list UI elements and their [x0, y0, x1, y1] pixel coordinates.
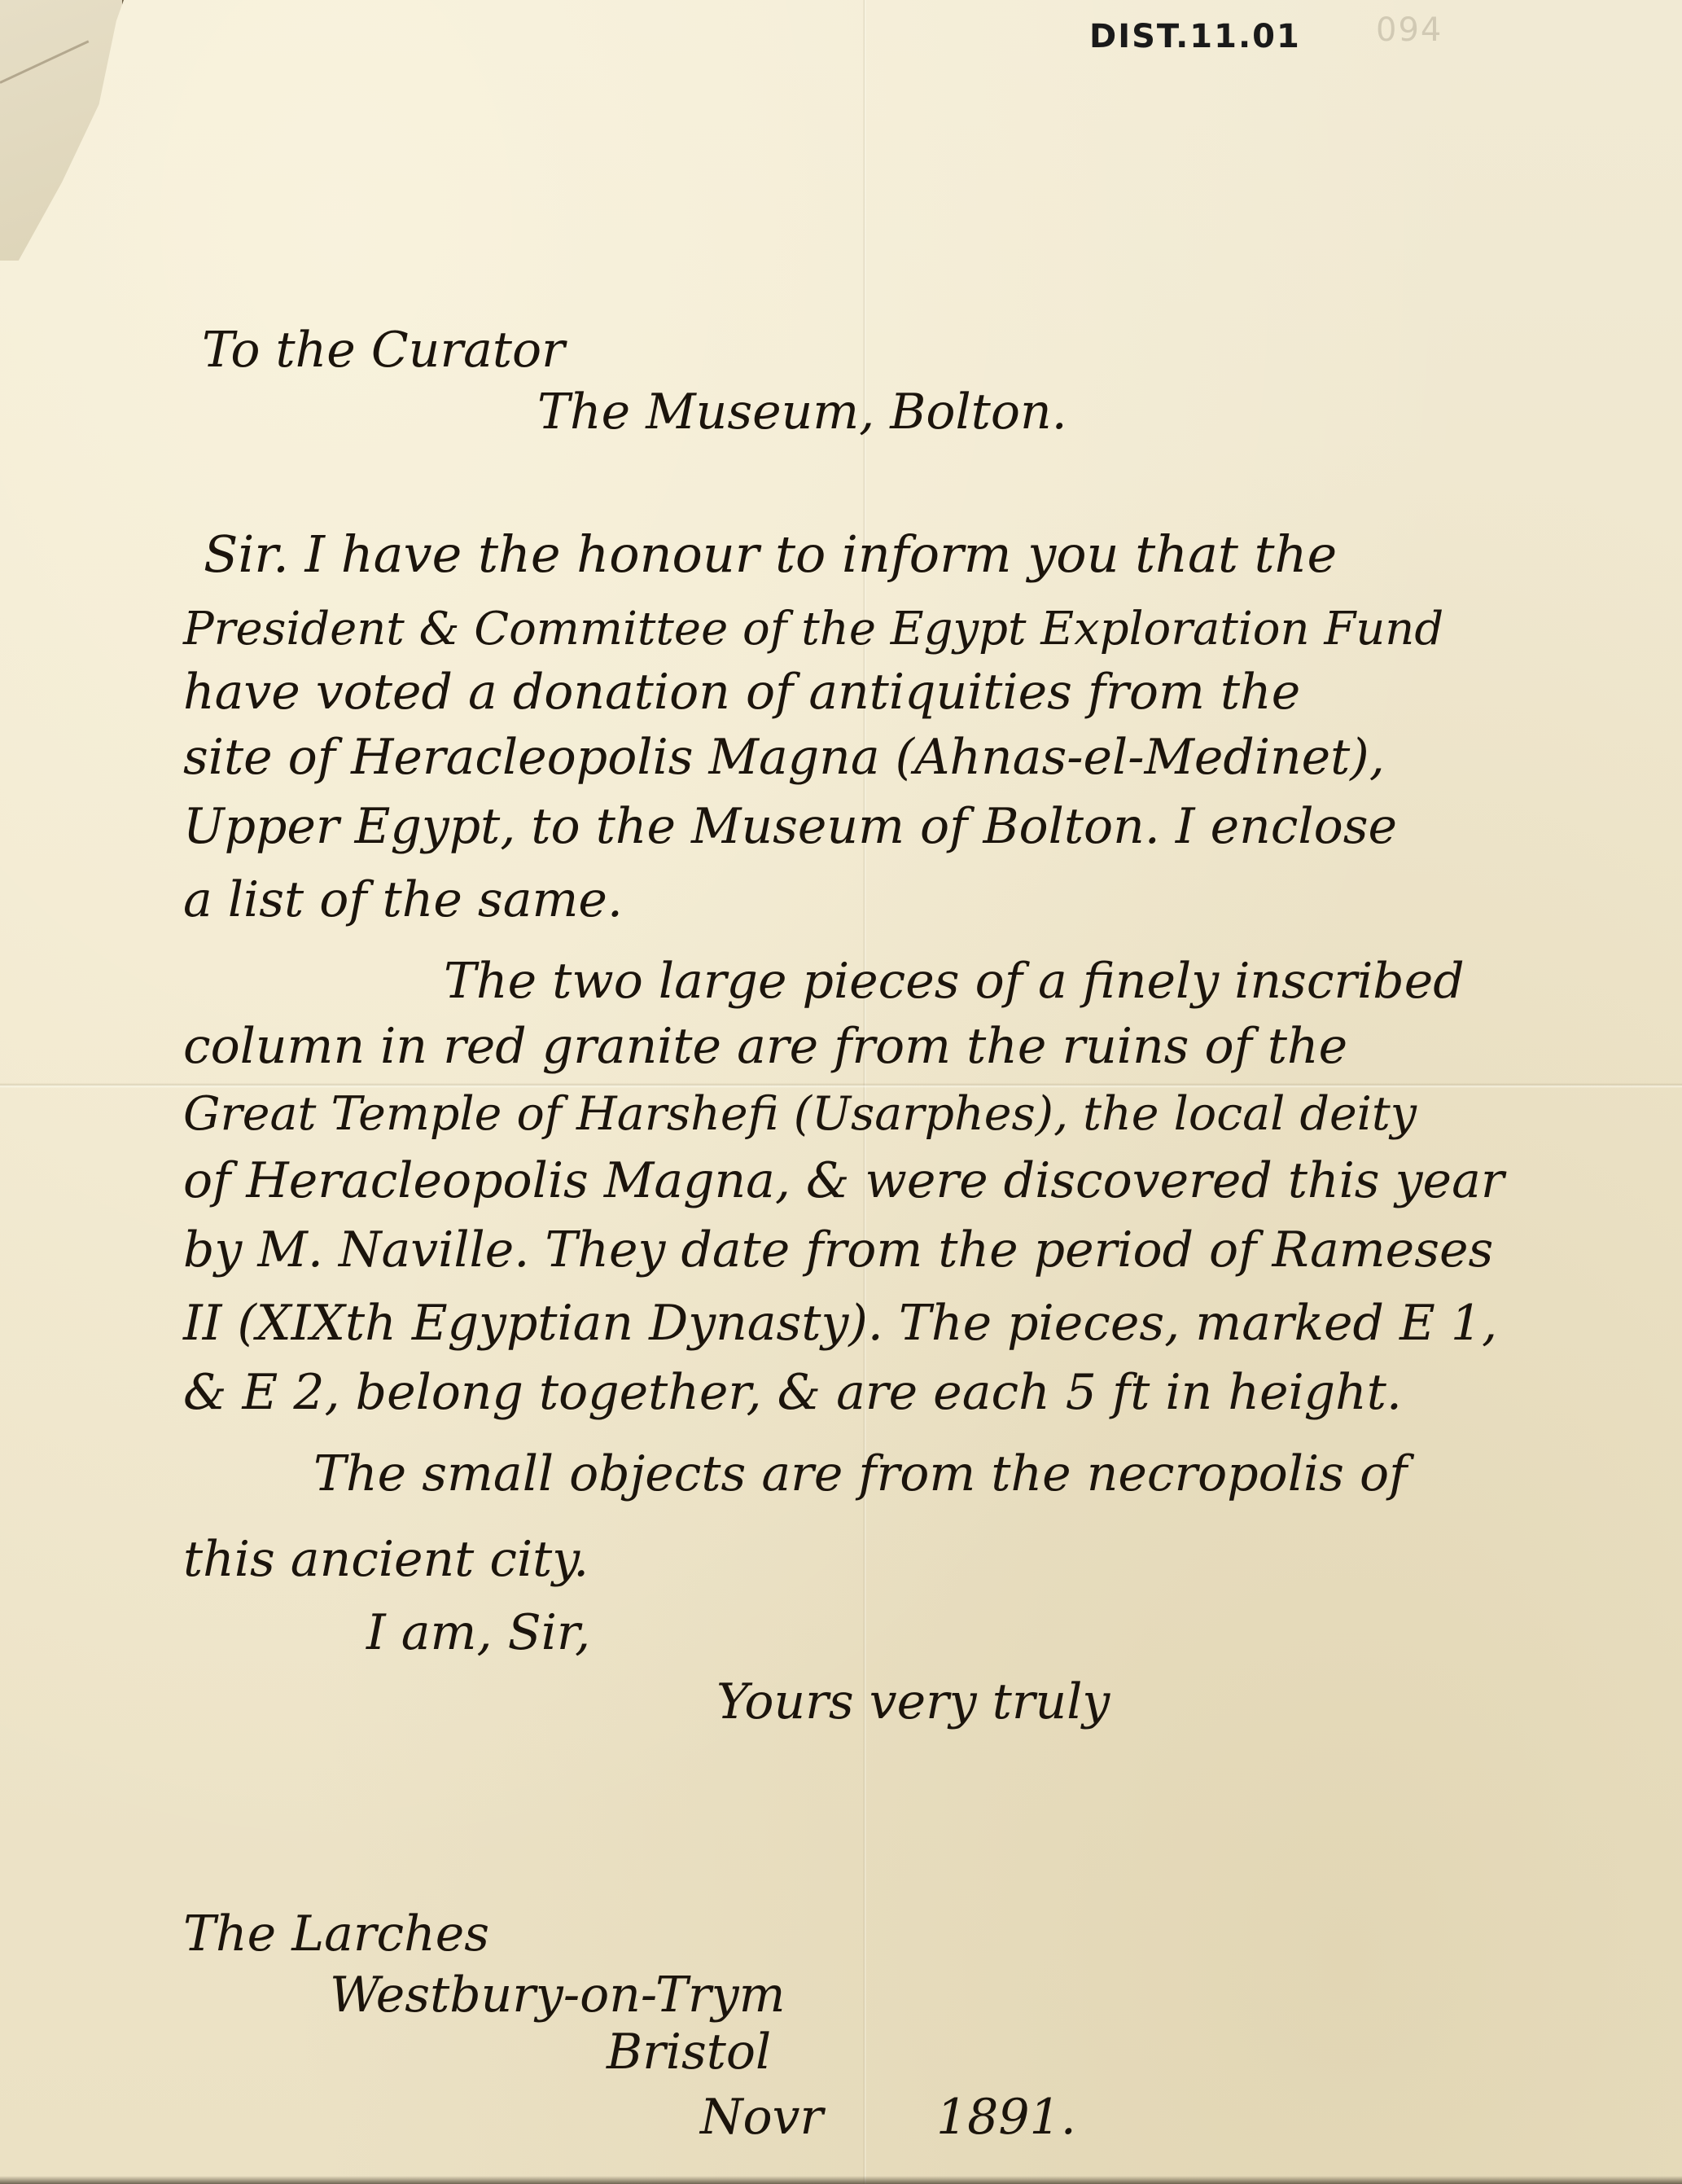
closing-line-1: I am, Sir,: [366, 1608, 590, 1657]
body-line-12: II (XIXth Egyptian Dynasty). The pieces,…: [183, 1299, 1497, 1348]
addressee-line-2: The Museum, Bolton.: [537, 388, 1067, 436]
sender-address-line-1: The Larches: [183, 1910, 489, 1958]
date-month: Novr: [700, 2093, 823, 2142]
body-line-5: Upper Egypt, to the Museum of Bolton. I …: [183, 802, 1397, 851]
closing-line-2: Yours very truly: [716, 1677, 1110, 1726]
body-line-3: have voted a donation of antiquities fro…: [183, 668, 1300, 717]
addressee-line-1: To the Curator: [202, 326, 565, 375]
body-line-11: by M. Naville. They date from the period…: [183, 1226, 1493, 1274]
page-bottom-edge: [0, 2176, 1682, 2184]
sender-address-line-2: Westbury-on-Trym: [330, 1971, 785, 2020]
body-line-15: this ancient city.: [183, 1535, 589, 1584]
torn-corner: [0, 0, 124, 261]
body-line-14: The small objects are from the necropoli…: [313, 1449, 1407, 1498]
body-line-8: column in red granite are from the ruins…: [183, 1022, 1347, 1071]
letter-page: DIST.11.01 094 To the Curator The Museum…: [0, 0, 1682, 2184]
body-line-2: President & Committee of the Egypt Explo…: [183, 607, 1443, 652]
body-line-9: Great Temple of Harshefi (Usarphes), the…: [183, 1091, 1417, 1138]
body-line-1: Sir. I have the honour to inform you tha…: [204, 529, 1337, 580]
body-line-7: The two large pieces of a finely inscrib…: [444, 957, 1465, 1006]
body-line-4: site of Heracleopolis Magna (Ahnas-el-Me…: [183, 733, 1385, 782]
body-line-13: & E 2, belong together, & are each 5 ft …: [183, 1368, 1402, 1417]
date-year: 1891.: [936, 2093, 1076, 2142]
body-line-6: a list of the same.: [183, 875, 623, 924]
archive-reference-faint: 094: [1376, 11, 1443, 49]
archive-reference-stamp: DIST.11.01: [1089, 18, 1301, 55]
body-line-10: of Heracleopolis Magna, & were discovere…: [183, 1156, 1505, 1205]
sender-address-line-3: Bristol: [607, 2028, 771, 2077]
